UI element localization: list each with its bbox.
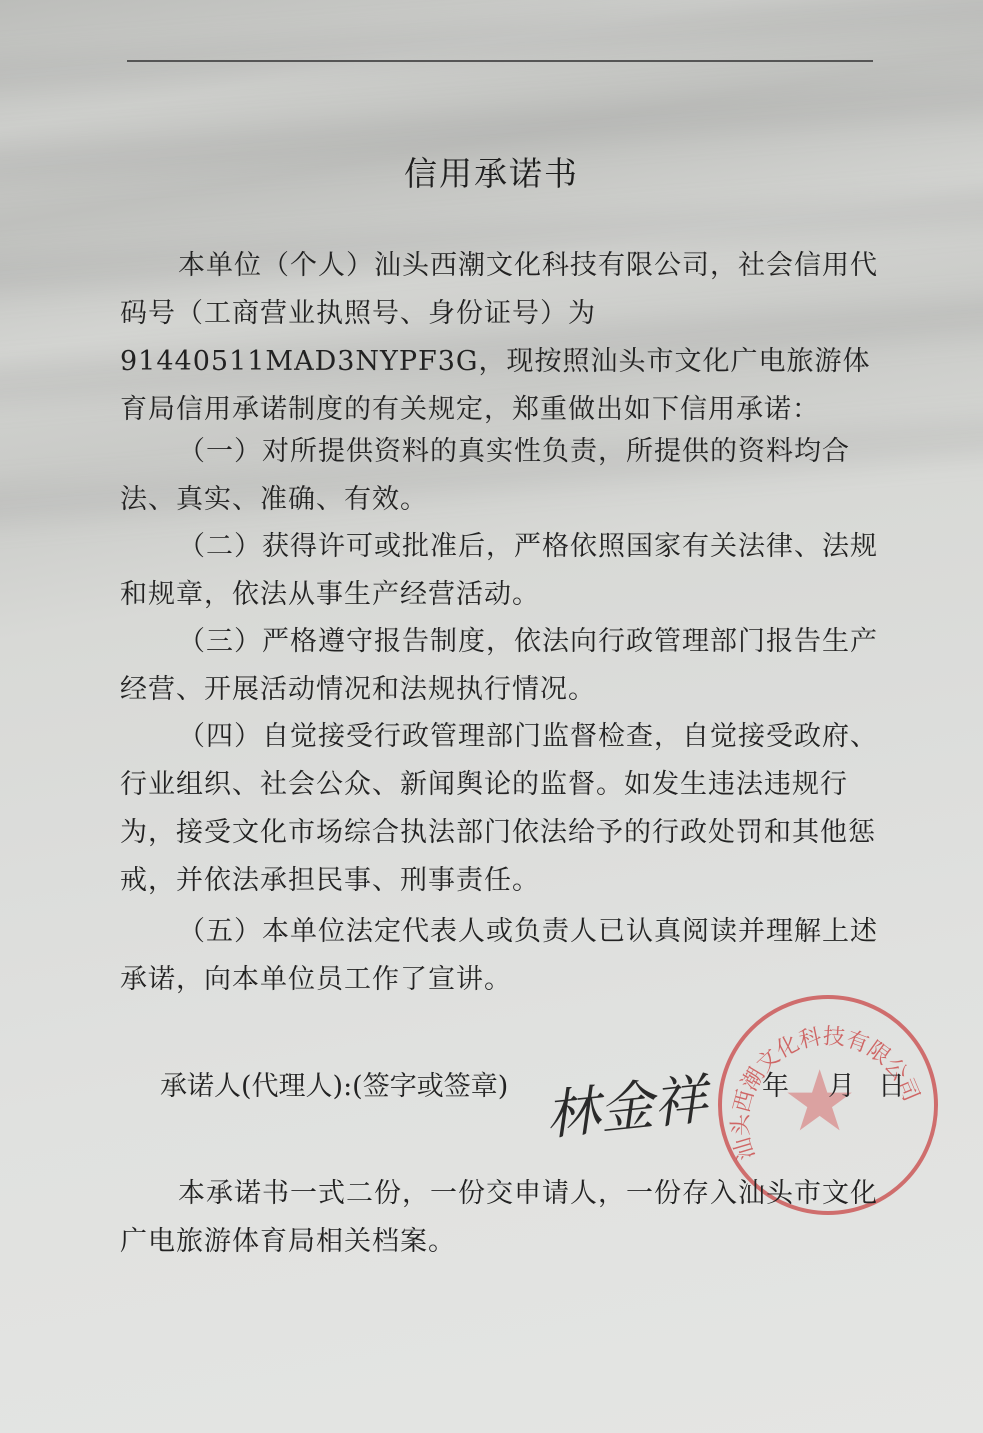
header-rule xyxy=(127,60,873,62)
commitment-2: （二）获得许可或批准后，严格依照国家有关法律、法规和规章，依法从事生产经营活动。 xyxy=(120,523,890,619)
document-title: 信用承诺书 xyxy=(0,148,983,195)
commitment-1: （一）对所提供资料的真实性负责，所提供的资料均合法、真实、准确、有效。 xyxy=(120,428,890,524)
date-month-label: 月 xyxy=(828,1064,855,1103)
intro-paragraph: 本单位（个人）汕头西潮文化科技有限公司，社会信用代码号（工商营业执照号、身份证号… xyxy=(120,242,890,434)
handwritten-signature: 林金祥 xyxy=(541,1057,710,1151)
signature-label: 承诺人(代理人):(签字或签章) xyxy=(160,1064,508,1103)
commitment-5: （五）本单位法定代表人或负责人已认真阅读并理解上述承诺，向本单位员工作了宣讲。 xyxy=(120,908,890,1004)
commitment-4: （四）自觉接受行政管理部门监督检查，自觉接受政府、行业组织、社会公众、新闻舆论的… xyxy=(120,713,890,905)
footer-paragraph: 本承诺书一式二份，一份交申请人，一份存入汕头市文化广电旅游体育局相关档案。 xyxy=(120,1170,890,1266)
commitment-3: （三）严格遵守报告制度，依法向行政管理部门报告生产经营、开展活动情况和法规执行情… xyxy=(120,618,890,714)
date-day-label: 日 xyxy=(878,1064,905,1103)
date-year-label: 年 xyxy=(762,1064,789,1103)
